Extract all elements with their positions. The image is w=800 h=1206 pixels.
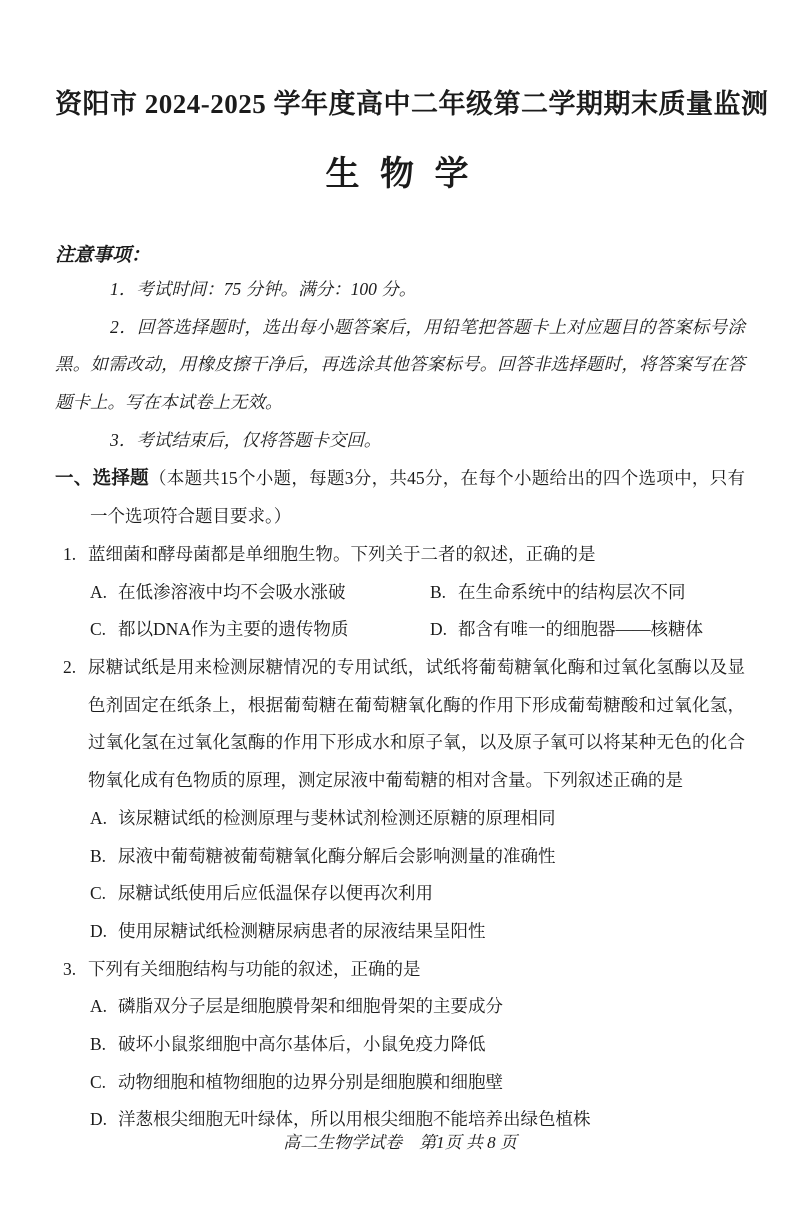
option-label: D. — [430, 611, 458, 649]
question-1-options: A.在低渗溶液中均不会吸水涨破 B.在生命系统中的结构层次不同 C.都以DNA作… — [90, 574, 745, 649]
question-3-option-a: A.磷脂双分子层是细胞膜骨架和细胞骨架的主要成分 — [90, 988, 745, 1026]
option-text: 尿糖试纸使用后应低温保存以便再次利用 — [118, 883, 433, 903]
option-label: B. — [90, 838, 118, 876]
option-text: 都含有唯一的细胞器——核糖体 — [458, 619, 703, 639]
option-text: 洋葱根尖细胞无叶绿体，所以用根尖细胞不能培养出绿色植株 — [118, 1109, 591, 1129]
question-3-options: A.磷脂双分子层是细胞膜骨架和细胞骨架的主要成分 B.破坏小鼠浆细胞中高尔基体后… — [90, 988, 745, 1139]
section-label: 一、选择题 — [55, 469, 149, 489]
option-text: 该尿糖试纸的检测原理与斐林试剂检测还原糖的原理相同 — [118, 808, 556, 828]
question-1-stem-text: 蓝细菌和酵母菌都是单细胞生物。下列关于二者的叙述，正确的是 — [88, 544, 596, 564]
note-item-3: 3．考试结束后，仅将答题卡交回。 — [55, 422, 745, 460]
question-2-stem-text: 尿糖试纸是用来检测尿糖情况的专用试纸，试纸将葡萄糖氧化酶和过氧化氢酶以及显色剂固… — [88, 657, 745, 790]
option-label: B. — [90, 1026, 118, 1064]
notes-heading: 注意事项： — [55, 241, 745, 271]
option-text: 都以DNA作为主要的遗传物质 — [118, 619, 348, 639]
question-3-option-c: C.动物细胞和植物细胞的边界分别是细胞膜和细胞壁 — [90, 1064, 745, 1102]
option-text: 尿液中葡萄糖被葡萄糖氧化酶分解后会影响测量的准确性 — [118, 846, 556, 866]
question-1-number: 1. — [63, 536, 76, 574]
option-text: 动物细胞和植物细胞的边界分别是细胞膜和细胞壁 — [118, 1072, 503, 1092]
option-label: C. — [90, 611, 118, 649]
exam-body: 注意事项： 1．考试时间：75 分钟。满分：100 分。 2．回答选择题时，选出… — [55, 241, 745, 1139]
exam-subject: 生 物 学 — [55, 155, 745, 195]
option-text: 在生命系统中的结构层次不同 — [458, 582, 686, 602]
option-text: 使用尿糖试纸检测糖尿病患者的尿液结果呈阳性 — [118, 921, 486, 941]
question-2-option-a: A.该尿糖试纸的检测原理与斐林试剂检测还原糖的原理相同 — [90, 800, 745, 838]
question-3-option-b: B.破坏小鼠浆细胞中高尔基体后，小鼠免疫力降低 — [90, 1026, 745, 1064]
question-1-stem: 1.蓝细菌和酵母菌都是单细胞生物。下列关于二者的叙述，正确的是 — [55, 536, 745, 574]
question-2-option-c: C.尿糖试纸使用后应低温保存以便再次利用 — [90, 875, 745, 913]
note-item-2: 2．回答选择题时，选出每小题答案后，用铅笔把答题卡上对应题目的答案标号涂黑。如需… — [55, 309, 745, 422]
question-2-options: A.该尿糖试纸的检测原理与斐林试剂检测还原糖的原理相同 B.尿液中葡萄糖被葡萄糖… — [90, 800, 745, 951]
option-label: B. — [430, 574, 458, 612]
question-1-option-c: C.都以DNA作为主要的遗传物质 — [90, 611, 430, 649]
note-item-1: 1．考试时间：75 分钟。满分：100 分。 — [55, 271, 745, 309]
option-label: C. — [90, 875, 118, 913]
option-text: 磷脂双分子层是细胞膜骨架和细胞骨架的主要成分 — [118, 996, 503, 1016]
question-2-option-b: B.尿液中葡萄糖被葡萄糖氧化酶分解后会影响测量的准确性 — [90, 838, 745, 876]
option-label: A. — [90, 800, 118, 838]
question-3-stem: 3.下列有关细胞结构与功能的叙述，正确的是 — [55, 951, 745, 989]
question-2-option-d: D.使用尿糖试纸检测糖尿病患者的尿液结果呈阳性 — [90, 913, 745, 951]
question-1: 1.蓝细菌和酵母菌都是单细胞生物。下列关于二者的叙述，正确的是 A.在低渗溶液中… — [55, 536, 745, 649]
question-2-stem: 2.尿糖试纸是用来检测尿糖情况的专用试纸，试纸将葡萄糖氧化酶和过氧化氢酶以及显色… — [55, 649, 745, 800]
option-text: 破坏小鼠浆细胞中高尔基体后，小鼠免疫力降低 — [118, 1034, 486, 1054]
question-3-number: 3. — [63, 951, 76, 989]
question-1-option-d: D.都含有唯一的细胞器——核糖体 — [430, 611, 745, 649]
question-2-number: 2. — [63, 649, 76, 687]
question-1-option-a: A.在低渗溶液中均不会吸水涨破 — [90, 574, 430, 612]
section-description: （本题共15个小题，每题3分，共45分，在每个小题给出的四个选项中，只有一个选项… — [90, 468, 745, 527]
exam-title: 资阳市 2024-2025 学年度高中二年级第二学期期末质量监测 — [55, 0, 745, 122]
section-header: 一、选择题（本题共15个小题，每题3分，共45分，在每个小题给出的四个选项中，只… — [55, 460, 745, 536]
question-1-option-b: B.在生命系统中的结构层次不同 — [430, 574, 745, 612]
option-label: C. — [90, 1064, 118, 1102]
question-2: 2.尿糖试纸是用来检测尿糖情况的专用试纸，试纸将葡萄糖氧化酶和过氧化氢酶以及显色… — [55, 649, 745, 951]
option-label: D. — [90, 913, 118, 951]
option-text: 在低渗溶液中均不会吸水涨破 — [118, 582, 346, 602]
option-label: A. — [90, 988, 118, 1026]
question-3: 3.下列有关细胞结构与功能的叙述，正确的是 A.磷脂双分子层是细胞膜骨架和细胞骨… — [55, 951, 745, 1140]
exam-page: 资阳市 2024-2025 学年度高中二年级第二学期期末质量监测 生 物 学 注… — [0, 0, 800, 1206]
exam-content: 资阳市 2024-2025 学年度高中二年级第二学期期末质量监测 生 物 学 注… — [0, 0, 800, 1139]
option-label: A. — [90, 574, 118, 612]
question-3-stem-text: 下列有关细胞结构与功能的叙述，正确的是 — [88, 959, 421, 979]
page-footer: 高二生物学试卷 第1页 共 8 页 — [0, 1130, 800, 1156]
